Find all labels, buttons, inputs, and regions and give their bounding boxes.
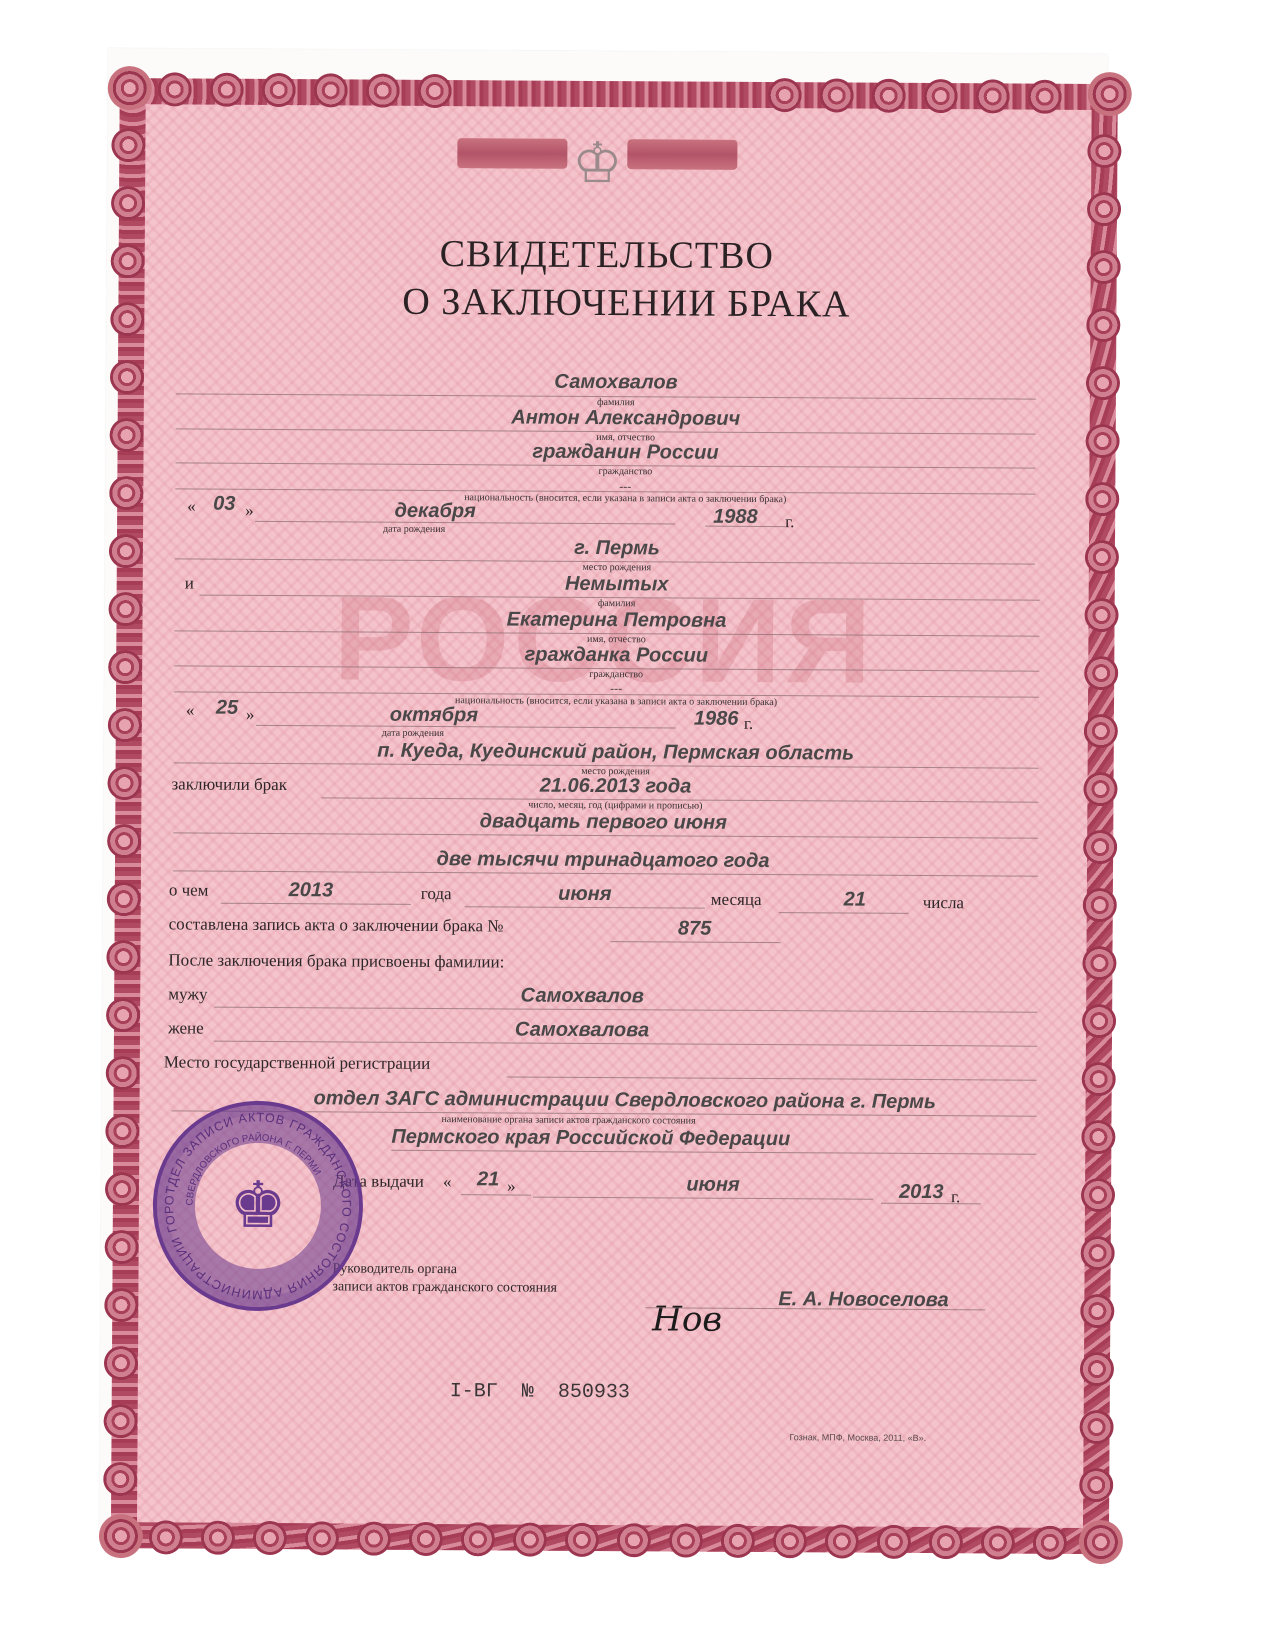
border-rosette [981, 1525, 1015, 1559]
wife-birth-place: п. Куеда, Куединский район, Пермская обл… [377, 740, 854, 766]
husband-new-surname-label: мужу [168, 984, 207, 1004]
border-rosette [314, 73, 348, 107]
border-rosette [103, 1462, 137, 1496]
husband-day-close: » [245, 501, 254, 521]
husband-surname: Самохвалов [554, 371, 677, 395]
border-rosette [107, 766, 141, 800]
wife-birth-day: 25 [216, 697, 238, 720]
title-line-1: СВИДЕТЕЛЬСТВО [107, 228, 1107, 282]
husband-birth-place: г. Пермь [574, 537, 660, 561]
border-rosette [1084, 656, 1118, 690]
border-rosette [158, 72, 192, 106]
border-rosette [1087, 250, 1121, 284]
border-rosette [1086, 366, 1120, 400]
marriage-label: заключили брак [171, 774, 287, 795]
issue-day-close: » [507, 1176, 516, 1196]
record-number: 875 [678, 917, 712, 940]
border-rosette [1080, 1294, 1114, 1328]
border-rosette [1081, 1120, 1115, 1154]
certificate-sheet: ♔ СВИДЕТЕЛЬСТВО О ЗАКЛЮЧЕНИИ БРАКА РОССИ… [99, 48, 1108, 1534]
border-rosette [1085, 540, 1119, 574]
border-rosette [418, 74, 452, 108]
double-headed-eagle-icon: ♚ [229, 1169, 287, 1243]
border-rosette [1083, 888, 1117, 922]
border-rosette [106, 1056, 140, 1090]
border-rosette [617, 1523, 651, 1557]
caption-surname: фамилия [598, 598, 636, 609]
surnames-after-label: После заключения брака присвоены фамилии… [168, 950, 504, 972]
border-rosette [1084, 714, 1118, 748]
issue-year: 2013 [899, 1181, 944, 1204]
border-rosette [877, 1525, 911, 1559]
border-rosette [1079, 1520, 1123, 1564]
record-day: 21 [844, 889, 866, 912]
coat-of-arms-icon: ♔ [557, 113, 638, 213]
border-rosette [825, 1524, 859, 1558]
head-label-2: записи актов гражданского состояния [332, 1279, 557, 1296]
border-rosette [104, 1288, 138, 1322]
issue-year-suffix: г. [951, 1187, 960, 1207]
registration-office-1: отдел ЗАГС администрации Свердловского р… [314, 1087, 936, 1114]
ribbon-right [627, 139, 737, 170]
official-seal: ОТДЕЛ ЗАПИСИ АКТОВ ГРАЖДАНСКОГО СОСТОЯНИ… [152, 1100, 363, 1311]
border-rosette [768, 78, 802, 112]
border-rosette [1028, 80, 1062, 114]
border-rosette [1085, 482, 1119, 516]
printer-mark: Гознак, МПФ, Москва, 2011, «В». [789, 1432, 926, 1443]
record-day-label: числа [923, 893, 964, 913]
border-rosette [366, 74, 400, 108]
record-year: 2013 [289, 879, 334, 902]
border-rosette [1079, 1468, 1113, 1502]
marriage-date-words-1: двадцать первого июня [480, 810, 727, 835]
border-rosette [108, 66, 152, 110]
ribbon-left [457, 138, 567, 169]
registration-office-2: Пермского края Российской Федерации [391, 1126, 790, 1151]
wife-new-surname-label: жене [168, 1018, 204, 1038]
husband-year-suffix: г. [785, 512, 794, 532]
wife-birth-month: октября [390, 704, 478, 728]
registration-label: Место государственной регистрации [164, 1052, 431, 1074]
border-rosette [105, 1114, 139, 1148]
wife-nationality: --- [610, 681, 622, 696]
wife-citizenship: гражданка России [525, 644, 708, 668]
border-rosette [108, 592, 142, 626]
caption-birth-date: дата рождения [382, 728, 444, 739]
caption-nationality: национальность (вносится, если указана в… [464, 492, 786, 505]
caption-birth-date: дата рождения [383, 524, 445, 535]
border-rosette [409, 1522, 443, 1556]
border-rosette [820, 78, 854, 112]
border-rosette [106, 998, 140, 1032]
border-rosette [773, 1524, 807, 1558]
border-rosette [305, 1521, 339, 1555]
issue-month: июня [686, 1174, 740, 1197]
husband-birth-day: 03 [213, 493, 235, 516]
border-rosette [106, 940, 140, 974]
wife-day-close: » [246, 705, 255, 725]
serial-number: I-ВГ № 850933 [450, 1380, 630, 1404]
issue-day-open: « [443, 1172, 452, 1192]
record-number-label: составлена запись акта о заключении брак… [169, 914, 504, 936]
border-rosette [1081, 1178, 1115, 1212]
caption-nationality: национальность (вносится, если указана в… [455, 695, 777, 708]
title-line-2: О ЗАКЛЮЧЕНИИ БРАКА [106, 276, 1106, 330]
border-rosette [107, 824, 141, 858]
border-rosette [1083, 772, 1117, 806]
head-name: Е. А. Новоселова [778, 1288, 948, 1312]
border-rosette [872, 79, 906, 113]
wife-surname: Немытых [565, 573, 669, 597]
border-rosette [1084, 598, 1118, 632]
border-rosette [1083, 830, 1117, 864]
husband-citizenship: гражданин России [532, 441, 718, 465]
border-rosette [1087, 192, 1121, 226]
serial-series: I-ВГ [450, 1380, 498, 1403]
border-rosette [108, 708, 142, 742]
border-rosette [111, 186, 145, 220]
wife-name: Екатерина Петровна [507, 608, 727, 632]
border-rosette [1086, 308, 1120, 342]
record-about-label: о чем [169, 880, 209, 900]
border-rosette [253, 1521, 287, 1555]
conjunction-and: и [185, 573, 194, 593]
record-month-label: месяца [711, 890, 762, 910]
wife-new-surname: Самохвалова [515, 1019, 649, 1043]
caption-citizenship: гражданство [589, 669, 643, 680]
border-rosette [565, 1523, 599, 1557]
wife-day-open: « [186, 700, 195, 720]
serial-number-value: 850933 [558, 1381, 630, 1404]
caption-registration-office: наименование органа записи актов граждан… [441, 1114, 695, 1127]
document-title: СВИДЕТЕЛЬСТВО О ЗАКЛЮЧЕНИИ БРАКА [106, 228, 1107, 330]
border-rosette [976, 79, 1010, 113]
husband-new-surname: Самохвалов [520, 985, 643, 1009]
border-rosette [109, 534, 143, 568]
serial-number-sign: № [522, 1381, 534, 1404]
issue-day: 21 [477, 1168, 499, 1191]
border-rosette [669, 1523, 703, 1557]
husband-nationality: --- [619, 479, 631, 494]
record-month: июня [558, 883, 612, 906]
husband-name: Антон Александрович [511, 406, 740, 430]
border-rosette [210, 73, 244, 107]
border-rosette [1033, 1526, 1067, 1560]
husband-birth-month: декабря [394, 500, 476, 523]
border-rosette [111, 244, 145, 278]
border-rosette [105, 1172, 139, 1206]
border-rosette [461, 1522, 495, 1556]
marriage-date-digits: 21.06.2013 года [540, 775, 692, 799]
signature: Нов [652, 1299, 722, 1339]
border-rosette [262, 73, 296, 107]
border-rosette [107, 882, 141, 916]
marriage-date-words-2: две тысячи тринадцатого года [437, 848, 770, 873]
border-rosette [357, 1522, 391, 1556]
wife-year-suffix: г. [744, 714, 753, 734]
border-rosette [99, 1514, 143, 1558]
border-rosette [109, 476, 143, 510]
border-rosette [721, 1524, 755, 1558]
caption-birth-place: место рождения [582, 562, 651, 573]
border-rosette [111, 128, 145, 162]
border-rosette [104, 1346, 138, 1380]
border-rosette [104, 1404, 138, 1438]
border-rosette [110, 418, 144, 452]
border-rosette [1082, 946, 1116, 980]
border-rosette [1082, 1062, 1116, 1096]
border-rosette [1080, 1352, 1114, 1386]
border-rosette [201, 1521, 235, 1555]
border-rosette [1088, 72, 1132, 116]
record-year-label: года [421, 884, 452, 904]
border-rosette [929, 1525, 963, 1559]
border-rosette [149, 1520, 183, 1554]
husband-day-open: « [187, 496, 196, 516]
wife-birth-year: 1986 [694, 708, 739, 731]
border-rosette [110, 360, 144, 394]
caption-citizenship: гражданство [598, 466, 652, 477]
border-rosette [108, 650, 142, 684]
border-rosette [1081, 1236, 1115, 1270]
border-rosette [1087, 134, 1121, 168]
border-rosette [1082, 1004, 1116, 1038]
border-rosette [105, 1230, 139, 1264]
border-rosette [110, 302, 144, 336]
border-rosette [1086, 424, 1120, 458]
border-rosette [924, 79, 958, 113]
border-rosette [513, 1523, 547, 1557]
border-rosette [1079, 1410, 1113, 1444]
husband-birth-year: 1988 [713, 506, 758, 529]
